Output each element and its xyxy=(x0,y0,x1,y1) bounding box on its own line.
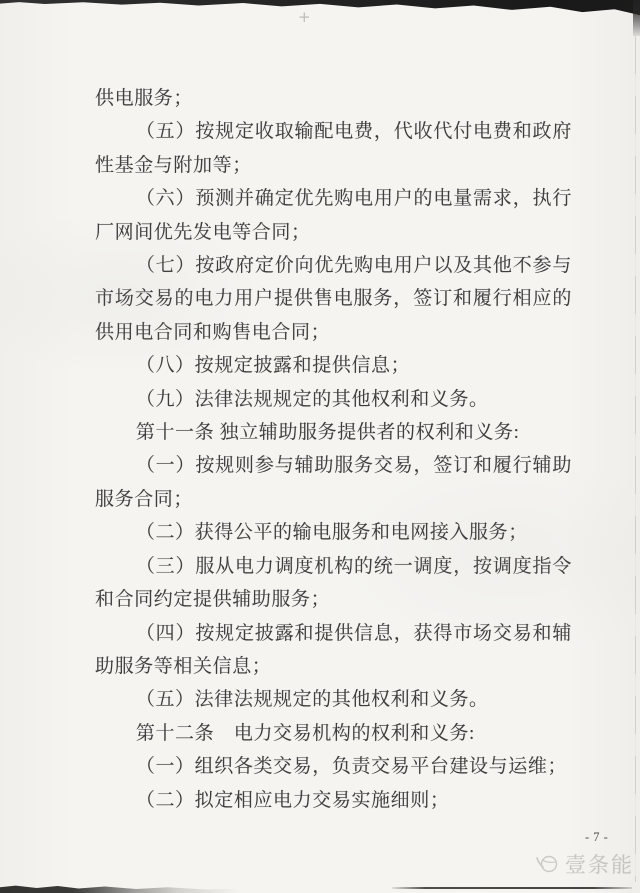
list-item-5b: （五）法律法规规定的其他权利和义务。 xyxy=(95,683,572,716)
list-item-1b: （一）组织各类交易，负责交易平台建设与运维； xyxy=(95,750,572,783)
list-item-6: （六）预测并确定优先购电用户的电量需求，执行厂网间优先发电等合同； xyxy=(95,182,572,249)
list-item-1: （一）按规则参与辅助服务交易，签订和履行辅助服务合同； xyxy=(95,449,572,516)
list-item-2b: （二）拟定相应电力交易实施细则； xyxy=(95,784,572,817)
list-item-3: （三）服从电力调度机构的统一调度，按调度指令和合同约定提供辅助服务； xyxy=(95,550,572,617)
list-item-9: （九）法律法规规定的其他权利和义务。 xyxy=(95,383,572,416)
scan-artifact-right-edge-line xyxy=(635,36,636,882)
list-item-4: （四）按规定披露和提供信息，获得市场交易和辅助服务等相关信息； xyxy=(95,617,572,684)
list-item-5: （五）按规定收取输配电费，代收代付电费和政府性基金与附加等； xyxy=(95,115,572,182)
scan-artifact-top-edge xyxy=(0,0,640,16)
scan-artifact-bottom-left-edge xyxy=(0,885,262,893)
list-item-8: （八）按规定披露和提供信息； xyxy=(95,349,572,382)
list-item-7: （七）按政府定价向优先购电用户以及其他不参与市场交易的电力用户提供售电服务，签订… xyxy=(95,249,572,349)
watermark-text: 壹条能 xyxy=(565,849,634,879)
scan-artifact-plus-mark: + xyxy=(298,8,311,26)
list-item-2: （二）获得公平的输电服务和电网接入服务； xyxy=(95,516,572,549)
article-heading-11: 第十一条 独立辅助服务提供者的权利和义务: xyxy=(95,416,572,449)
scan-artifact-bottom-right-line xyxy=(392,887,632,889)
document-body: 供电服务； （五）按规定收取输配电费，代收代付电费和政府性基金与附加等； （六）… xyxy=(95,82,572,817)
scanned-document-page: + 供电服务； （五）按规定收取输配电费，代收代付电费和政府性基金与附加等； （… xyxy=(0,0,640,893)
scan-artifact-top-right-corner xyxy=(633,0,640,36)
watermark: 壹条能 xyxy=(534,849,634,879)
paragraph-continuation: 供电服务； xyxy=(95,82,572,115)
article-heading-12: 第十二条 电力交易机构的权利和义务: xyxy=(95,717,572,750)
page-number: - 7 - xyxy=(585,830,608,845)
yitiaoneng-logo-icon xyxy=(534,851,560,877)
